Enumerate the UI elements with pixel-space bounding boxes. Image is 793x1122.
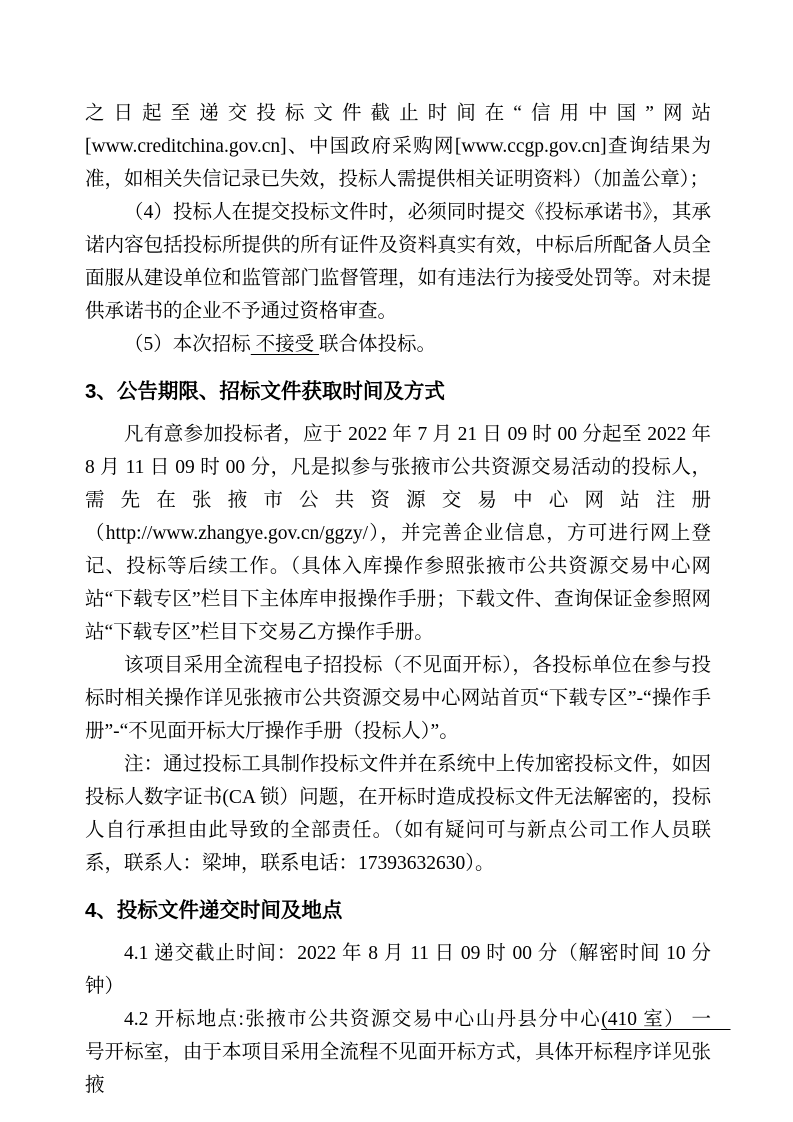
text-run: 4.2 开标地点:张掖市公共资源交易中心山丹县分中心 [124,1009,601,1030]
paragraph: 4.2 开标地点:张掖市公共资源交易中心山丹县分中心(410 室） 一 号开标室… [85,1003,711,1102]
text-run: 联合体投标。 [319,334,436,355]
text-run: 该项目采用全流程电子招投标（不见面开标），各投标单位在参与投标时相关操作详见张掖… [85,655,711,742]
underlined-text-run: 不接受 [251,334,319,355]
document-page: 之日起至递交投标文件截止时间在“信用中国”网站[www.creditchina.… [0,0,793,1122]
paragraph: 该项目采用全流程电子招投标（不见面开标），各投标单位在参与投标时相关操作详见张掖… [85,649,711,748]
document-body: 之日起至递交投标文件截止时间在“信用中国”网站[www.creditchina.… [0,0,793,1102]
text-run: 4.1 递交截止时间：2022 年 8 月 11 日 09 时 00 分（解密时… [85,943,711,997]
section-heading: 4、投标文件递交时间及地点 [85,894,711,927]
text-run: （5）本次招标 [124,334,251,355]
text-run: 3、公告期限、招标文件获取时间及方式 [85,380,445,403]
text-run: 之日起至递交投标文件截止时间在“信用中国”网站[www.creditchina.… [85,103,711,190]
paragraph: （4）投标人在提交投标文件时，必须同时提交《投标承诺书》，其承诺内容包括投标所提… [85,196,711,328]
paragraph: 4.1 递交截止时间：2022 年 8 月 11 日 09 时 00 分（解密时… [85,937,711,1003]
paragraph: （5）本次招标 不接受 联合体投标。 [85,328,711,361]
paragraph: 凡有意参加投标者，应于 2022 年 7 月 21 日 09 时 00 分起至 … [85,418,711,649]
text-run: 注：通过投标工具制作投标文件并在系统中上传加密投标文件，如因投标人数字证书(CA… [85,754,711,874]
paragraph: 之日起至递交投标文件截止时间在“信用中国”网站[www.creditchina.… [85,97,711,196]
underlined-text-run: (410 室） 一 [601,1009,730,1030]
text-run: 凡有意参加投标者，应于 2022 年 7 月 21 日 09 时 00 分起至 … [85,424,711,643]
text-run: （4）投标人在提交投标文件时，必须同时提交《投标承诺书》，其承诺内容包括投标所提… [85,202,711,322]
section-heading: 3、公告期限、招标文件获取时间及方式 [85,375,711,408]
text-run: 4、投标文件递交时间及地点 [85,899,342,922]
paragraph: 注：通过投标工具制作投标文件并在系统中上传加密投标文件，如因投标人数字证书(CA… [85,748,711,880]
text-run: 号开标室，由于本项目采用全流程不见面开标方式，具体开标程序详见张掖 [85,1042,711,1096]
